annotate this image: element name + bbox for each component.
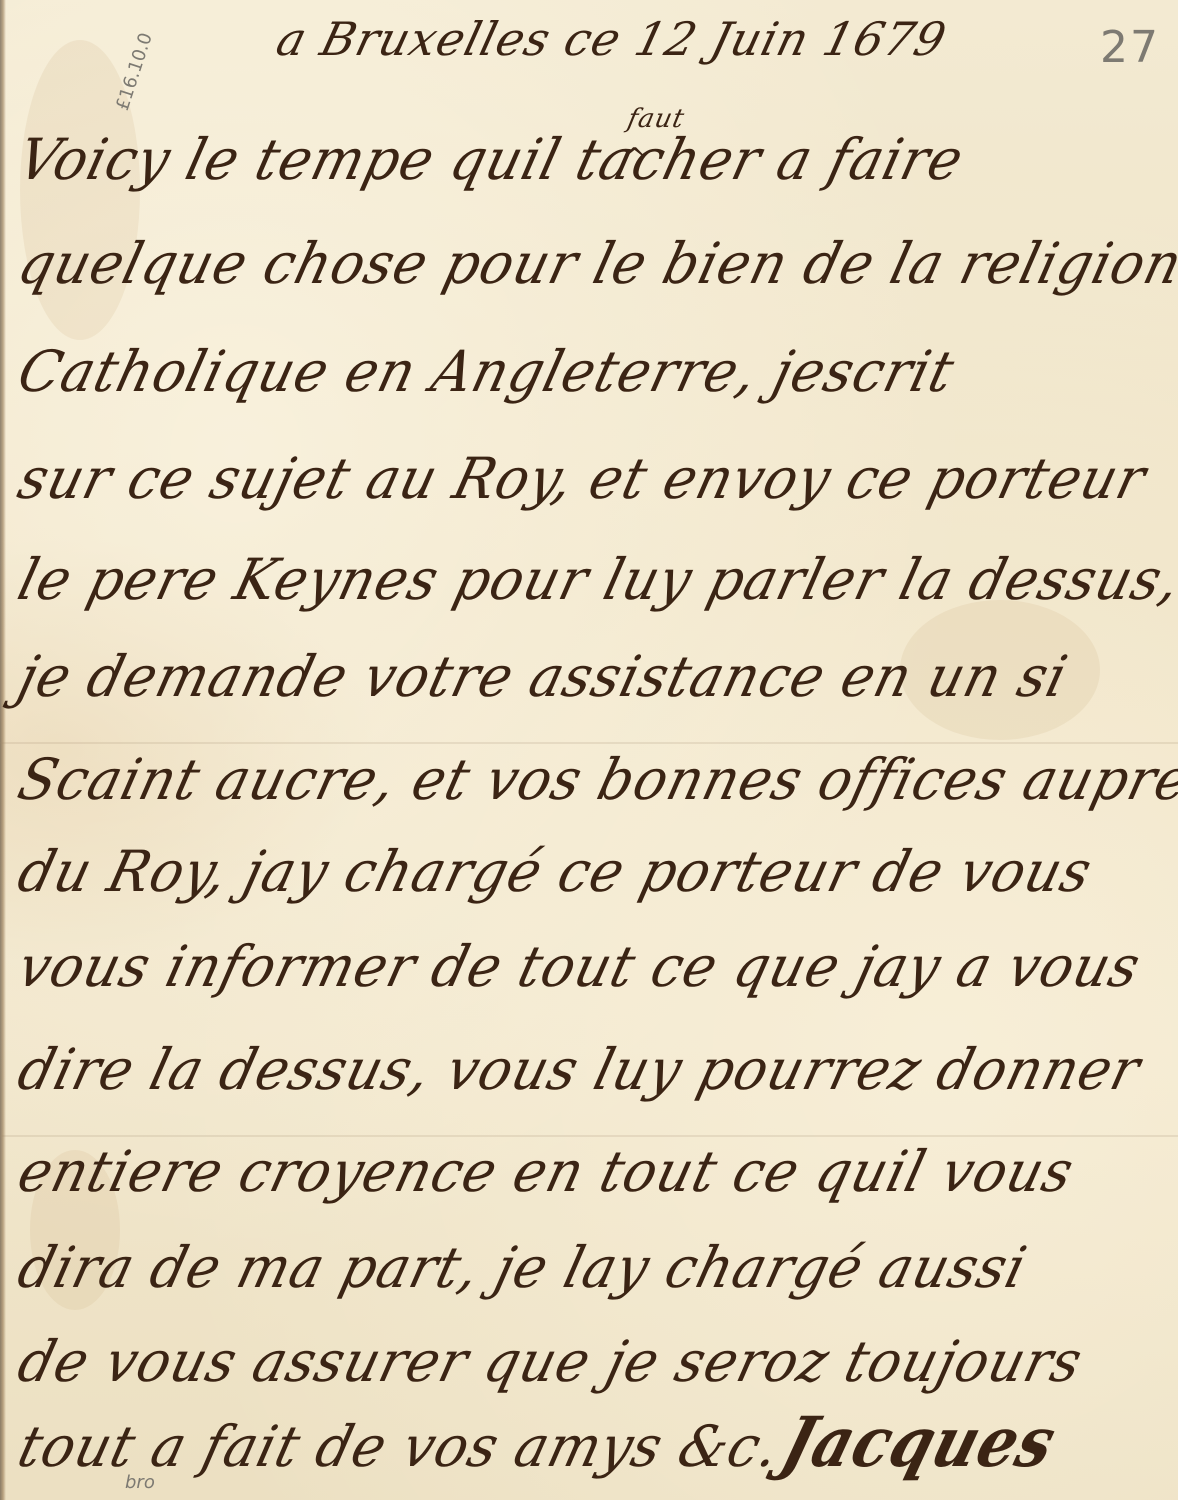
- letter-line: dire la dessus, vous luy pourrez donner: [12, 1036, 1148, 1102]
- letter-line: Voicy le tempe quil tacher a faire: [12, 126, 971, 192]
- letter-line: du Roy, jay chargé ce porteur de vous: [12, 838, 1099, 904]
- paper-edge-shadow: [0, 0, 6, 1500]
- folio-number: 27: [1100, 22, 1160, 73]
- fold-crease: [0, 742, 1178, 744]
- signature: Jacques: [773, 1403, 1064, 1484]
- dateline: a Bruxelles ce 12 Juin 1679: [271, 12, 952, 66]
- letter-line: Catholique en Angleterre, jescrit: [12, 338, 961, 404]
- letter-line: dira de ma part, je lay chargé aussi: [12, 1234, 1034, 1300]
- letter-line: sur ce sujet au Roy, et envoy ce porteur: [12, 445, 1153, 511]
- letter-line: le pere Keynes pour luy parler la dessus…: [12, 546, 1178, 612]
- price-annotation: £16.10.0: [112, 30, 157, 113]
- letter-line: quelque chose pour le bien de la religio…: [12, 230, 1178, 296]
- letter-line: vous informer de tout ce que jay a vous: [12, 933, 1148, 999]
- fold-crease: [0, 1135, 1178, 1137]
- letter-line: tout a fait de vos amys &c.: [12, 1413, 787, 1479]
- letter-line: de vous assurer que je seroz toujours: [12, 1328, 1089, 1394]
- letter-line: entiere croyence en tout ce quil vous: [12, 1138, 1081, 1204]
- letter-page: £16.10.0 27 bro a Bruxelles ce 12 Juin 1…: [0, 0, 1178, 1500]
- letter-line: je demande votre assistance en un si: [12, 643, 1075, 709]
- letter-line: Scaint aucre, et vos bonnes offices aupr…: [12, 746, 1178, 812]
